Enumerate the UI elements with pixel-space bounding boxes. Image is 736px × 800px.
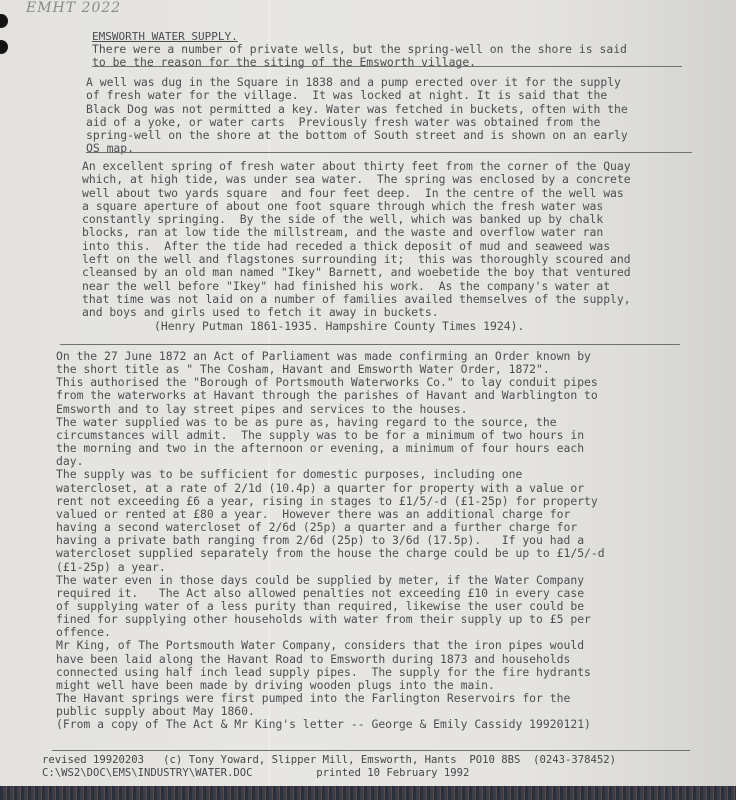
divider — [86, 152, 692, 153]
section-square-well-text: A well was dug in the Square in 1838 and… — [86, 76, 628, 156]
section-act: On the 27 June 1872 an Act of Parliament… — [56, 350, 605, 732]
divider — [52, 750, 690, 751]
section-act-text: On the 27 June 1872 an Act of Parliament… — [56, 350, 605, 732]
section-spring: An excellent spring of fresh water about… — [82, 160, 631, 333]
binder-hole-icon — [0, 14, 8, 28]
divider — [60, 344, 680, 345]
background-surface — [0, 786, 736, 800]
section-square-well: A well was dug in the Square in 1838 and… — [86, 76, 628, 156]
footer-file-line: C:\WS2\DOC\EMS\INDUSTRY\WATER.DOC printe… — [42, 767, 616, 780]
handwritten-note: EMHT 2022 — [26, 0, 121, 16]
section-spring-citation: (Henry Putman 1861-1935. Hampshire Count… — [82, 320, 631, 333]
document-page: EMHT 2022 EMSWORTH WATER SUPPLY. There w… — [0, 0, 736, 790]
footer-file-path: C:\WS2\DOC\EMS\INDUSTRY\WATER.DOC — [42, 767, 252, 779]
footer-revision-copyright: revised 19920203 (c) Tony Yoward, Slippe… — [42, 754, 616, 767]
intro-block: EMSWORTH WATER SUPPLY. There were a numb… — [92, 30, 627, 70]
section-spring-text: An excellent spring of fresh water about… — [82, 160, 631, 320]
binder-hole-icon — [0, 40, 8, 54]
divider — [92, 66, 682, 67]
document-footer: revised 19920203 (c) Tony Yoward, Slippe… — [42, 754, 616, 781]
footer-printed-date: printed 10 February 1992 — [316, 767, 469, 779]
